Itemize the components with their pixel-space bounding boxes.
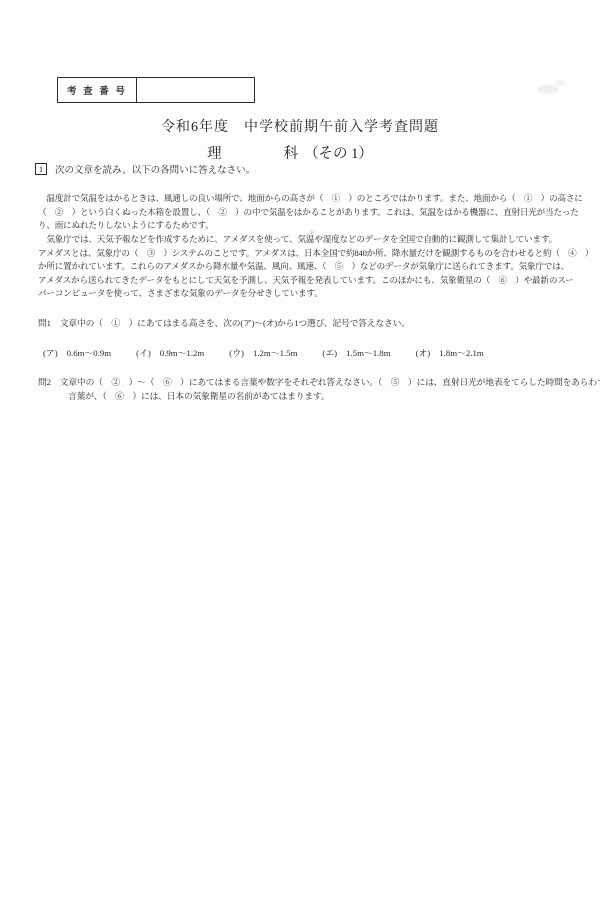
section-number-box: 1	[35, 163, 47, 175]
option-e-value: 1.5m～1.8m	[346, 346, 390, 359]
question-1-options: (ア) 0.6m～0.9m (イ) 0.9m～1.2m (ウ) 1.2m～1.5…	[43, 346, 484, 359]
subject-name-left: 理	[207, 142, 222, 163]
option-o-mark: (オ)	[416, 346, 431, 359]
passage-line: アメダスから送られてきたデータをもとにして天気を予測し、天気予報を発表しています…	[38, 274, 593, 288]
option-e: (エ) 1.5m～1.8m	[322, 346, 390, 359]
option-u-value: 1.2m～1.5m	[253, 346, 297, 359]
exam-title: 令和6年度 中学校前期午前入学考査問題	[0, 116, 600, 136]
exam-subject-line: 理 科 （その 1）	[0, 142, 580, 163]
question-1: 問1 文章中の（ ① ）にあてはまる高さを、次の(ア)～(オ)から1つ選び、記号…	[38, 316, 410, 329]
option-i-value: 0.9m～1.2m	[160, 346, 204, 359]
subject-part-label: （その 1）	[304, 142, 373, 163]
subject-name-right: 科	[284, 142, 299, 163]
passage-line: （ ② ）という白くぬった木箱を設置し、（ ② ）の中で気温をはかることがありま…	[38, 206, 583, 220]
option-a: (ア) 0.6m～0.9m	[43, 346, 111, 359]
question-1-text: 文章中の（ ① ）にあてはまる高さを、次の(ア)～(オ)から1つ選び、記号で答え…	[60, 316, 410, 329]
option-i: (イ) 0.9m～1.2m	[136, 346, 204, 359]
option-o-value: 1.8m～2.1m	[439, 346, 483, 359]
passage-line: アメダスとは、気象庁の（ ③ ）システムのことです。アメダスは、日本全国で約84…	[38, 247, 593, 261]
question-2: 問2 文章中の（ ② ）～（ ⑥ ）にあてはまる言葉や数字をそれぞれ答えなさい。…	[38, 375, 600, 388]
question-1-label: 問1	[38, 316, 51, 329]
section-instruction: 次の文章を読み、以下の各問いに答えなさい。	[55, 162, 255, 176]
option-u-mark: (ウ)	[229, 346, 244, 359]
exam-paper-page: 考 査 番 号 令和6年度 中学校前期午前入学考査問題 理 科 （その 1） 1…	[0, 0, 600, 900]
option-e-mark: (エ)	[322, 346, 337, 359]
question-2-label: 問2	[38, 375, 51, 388]
scan-smudge	[538, 85, 558, 94]
passage-paragraph-2: 気象庁では、天気予報などを作成するために、アメダスを使って、気温や湿度などのデー…	[38, 233, 593, 301]
exam-number-box: 考 査 番 号	[57, 77, 255, 103]
exam-number-label: 考 査 番 号	[58, 78, 137, 102]
option-i-mark: (イ)	[136, 346, 151, 359]
option-u: (ウ) 1.2m～1.5m	[229, 346, 297, 359]
option-o: (オ) 1.8m～2.1m	[416, 346, 484, 359]
passage-line: か所に置かれています。これらのアメダスから降水量や気温、風向、風速、（ ⑤ ）な…	[38, 260, 593, 274]
passage-line: 温度計で気温をはかるときは、風通しの良い場所で、地面からの高さが（ ① ）のとこ…	[38, 192, 583, 206]
exam-number-blank-field	[137, 78, 254, 102]
question-2-text-line2: 言葉が、（ ⑥ ）には、日本の気象衛星の名前があてはまります。	[68, 389, 329, 402]
question-2-text-line1: 文章中の（ ② ）～（ ⑥ ）にあてはまる言葉や数字をそれぞれ答えなさい。（ ⑤…	[60, 375, 600, 388]
scan-smudge	[556, 80, 565, 86]
section-1-heading: 1 次の文章を読み、以下の各問いに答えなさい。	[35, 162, 255, 176]
option-a-value: 0.6m～0.9m	[67, 346, 111, 359]
passage-line: パーコンピュータを使って、さまざまな気象のデータを分せきしています。	[38, 287, 593, 301]
option-a-mark: (ア)	[43, 346, 58, 359]
